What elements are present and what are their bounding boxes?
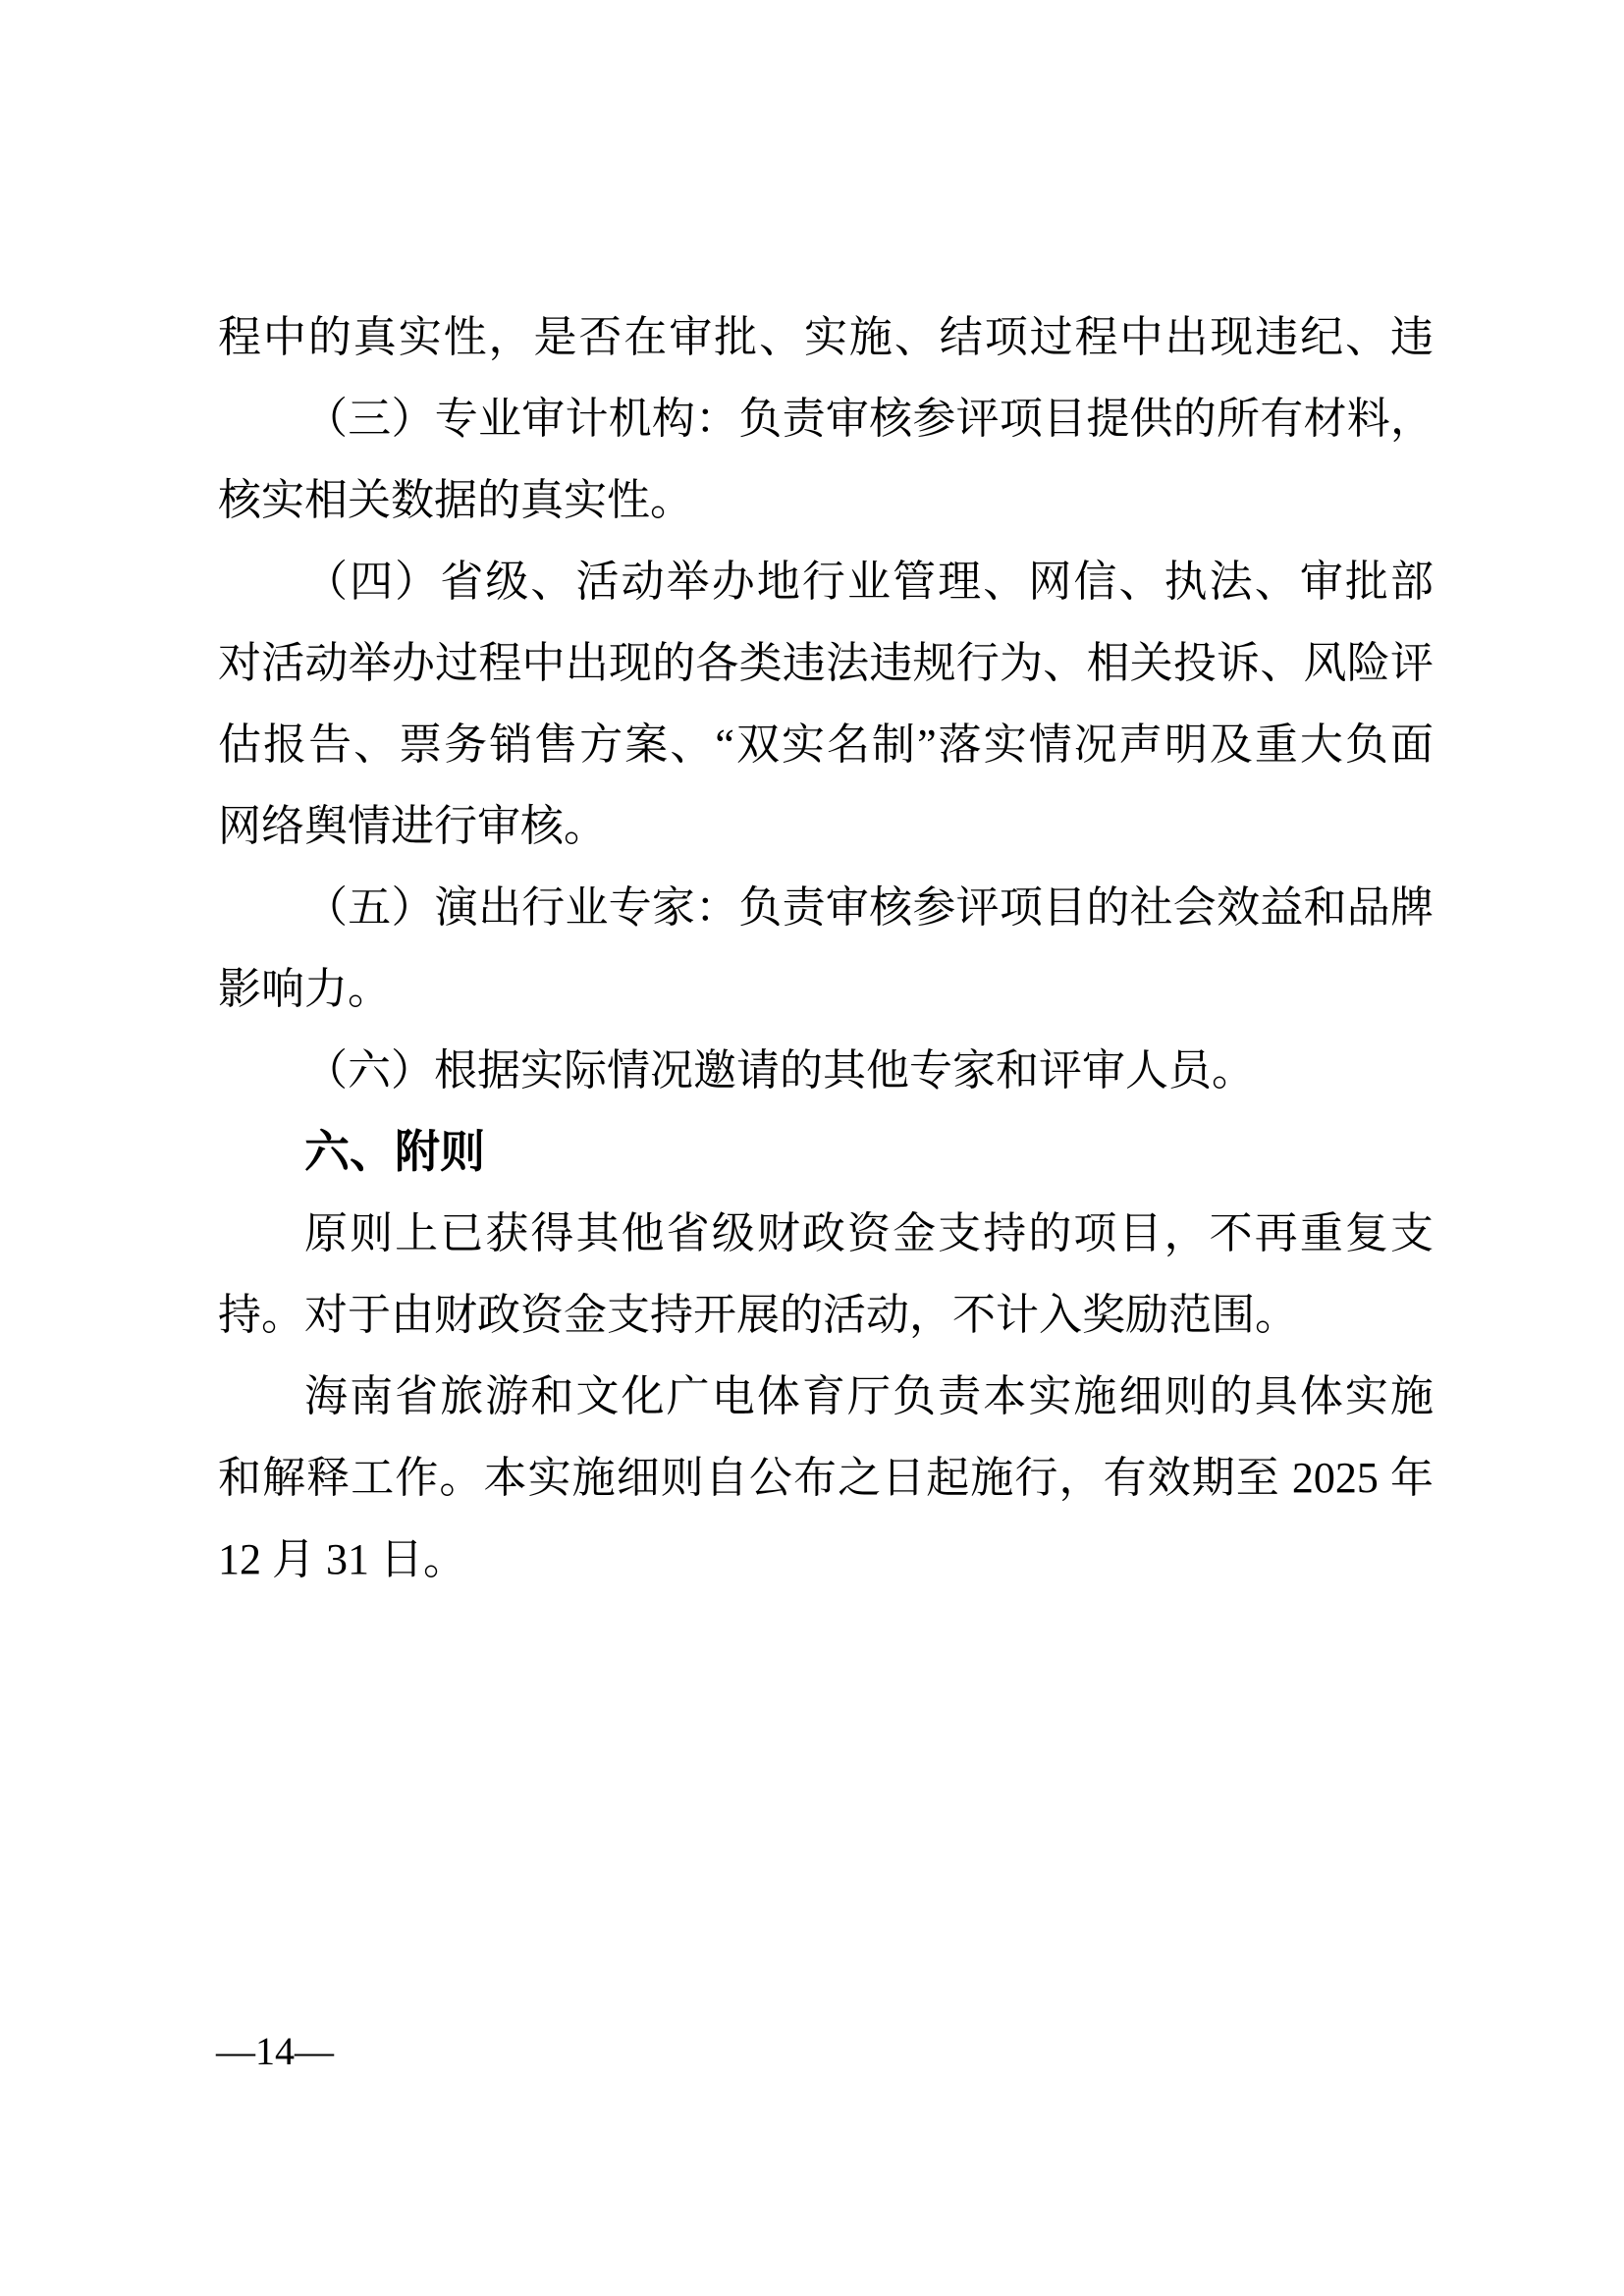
body-line-8: （五）演出行业专家：负责审核参评项目的社会效益和品牌 xyxy=(218,867,1434,948)
body-line-15: 和解释工作。本实施细则自公布之日起施行，有效期至 2025 年 xyxy=(218,1437,1434,1519)
body-line-12: 原则上已获得其他省级财政资金支持的项目，不再重复支 xyxy=(218,1193,1434,1274)
page-number: —14— xyxy=(216,2029,334,2073)
body-line-16: 12 月 31 日。 xyxy=(218,1519,1434,1600)
section-heading: 六、附则 xyxy=(218,1111,1434,1193)
document-body: 程中的真实性，是否在审批、实施、结项过程中出现违纪、违规。 （三）专业审计机构：… xyxy=(218,296,1434,1600)
body-line-4: （四）省级、活动举办地行业管理、网信、执法、审批部门： xyxy=(218,541,1434,622)
body-line-3: 核实相关数据的真实性。 xyxy=(218,459,1434,541)
body-line-5: 对活动举办过程中出现的各类违法违规行为、相关投诉、风险评 xyxy=(218,622,1434,704)
body-line-6: 估报告、票务销售方案、“双实名制”落实情况声明及重大负面 xyxy=(218,704,1434,785)
body-line-14: 海南省旅游和文化广电体育厅负责本实施细则的具体实施 xyxy=(218,1356,1434,1437)
document-page: 程中的真实性，是否在审批、实施、结项过程中出现违纪、违规。 （三）专业审计机构：… xyxy=(0,0,1624,2296)
page-footer: —14— xyxy=(216,2028,334,2075)
body-line-7: 网络舆情进行审核。 xyxy=(218,785,1434,867)
body-line-9: 影响力。 xyxy=(218,948,1434,1030)
body-line-1: 程中的真实性，是否在审批、实施、结项过程中出现违纪、违规。 xyxy=(218,296,1434,378)
body-line-10: （六）根据实际情况邀请的其他专家和评审人员。 xyxy=(218,1030,1434,1111)
body-line-2: （三）专业审计机构：负责审核参评项目提供的所有材料， xyxy=(218,378,1434,459)
body-line-13: 持。对于由财政资金支持开展的活动，不计入奖励范围。 xyxy=(218,1274,1434,1356)
